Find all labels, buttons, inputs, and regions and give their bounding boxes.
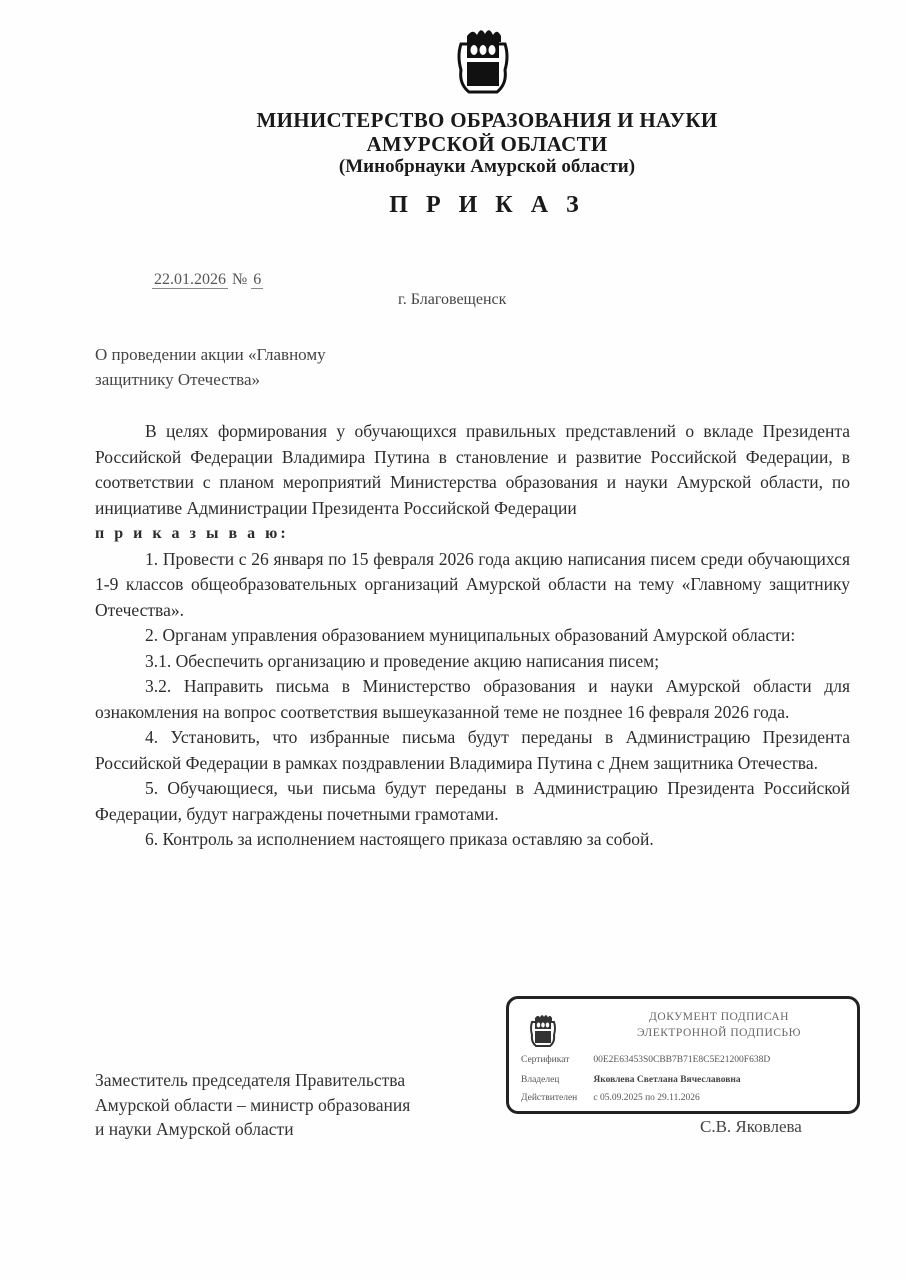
signatory-name: С.В. Яковлева (700, 1117, 802, 1137)
valid-label: Действителен (521, 1093, 591, 1103)
subject-line-2: защитнику Отечества» (95, 367, 326, 392)
number-label: № (232, 271, 247, 288)
order-body: В целях формирования у обучающихся прави… (95, 419, 850, 853)
certificate-value: 00E2E63453S0CBB7B71E8C5E21200F638D (593, 1055, 770, 1065)
stamp-title-line1: ДОКУМЕНТ ПОДПИСАН (579, 1011, 859, 1023)
order-date-number: 22.01.2026 № 6 (152, 271, 263, 289)
order-number: 6 (251, 271, 263, 289)
stamp-certificate-row: Сертификат 00E2E63453S0CBB7B71E8C5E21200… (521, 1055, 770, 1065)
city: г. Благовещенск (398, 291, 506, 309)
order-item-4: 4. Установить, что избранные письма буду… (95, 725, 850, 776)
signatory-position: Заместитель председателя Правительства А… (95, 1068, 410, 1142)
owner-value: Яковлева Светлана Вячеславовна (593, 1075, 740, 1085)
order-item-3-1: 3.1. Обеспечить организацию и проведение… (95, 649, 850, 675)
ministry-name-line1: МИНИСТЕРСТВО ОБРАЗОВАНИЯ И НАУКИ (0, 108, 906, 133)
stamp-coat-of-arms-icon (527, 1013, 559, 1049)
subject-line-1: О проведении акции «Главному (95, 342, 326, 367)
position-line-2: Амурской области – министр образования (95, 1093, 410, 1118)
order-item-3-2: 3.2. Направить письма в Министерство обр… (95, 674, 850, 725)
preamble: В целях формирования у обучающихся прави… (95, 419, 850, 521)
stamp-validity-row: Действителен с 05.09.2025 по 29.11.2026 (521, 1093, 700, 1103)
ministry-short-name: (Минобрнауки Амурской области) (0, 156, 906, 178)
order-item-1: 1. Провести с 26 января по 15 февраля 20… (95, 547, 850, 624)
coat-of-arms-icon (453, 26, 513, 98)
position-line-3: и науки Амурской области (95, 1117, 410, 1142)
certificate-label: Сертификат (521, 1055, 591, 1065)
order-item-5: 5. Обучающиеся, чьи письма будут передан… (95, 776, 850, 827)
stamp-owner-row: Владелец Яковлева Светлана Вячеславовна (521, 1075, 741, 1085)
order-subject: О проведении акции «Главному защитнику О… (95, 342, 326, 392)
order-item-6: 6. Контроль за исполнением настоящего пр… (95, 827, 850, 853)
order-item-2: 2. Органам управления образованием муниц… (95, 623, 850, 649)
owner-label: Владелец (521, 1075, 591, 1085)
stamp-title-line2: ЭЛЕКТРОННОЙ ПОДПИСЬЮ (579, 1027, 859, 1039)
document-type-title: П Р И К А З (0, 192, 906, 219)
ministry-name-line2: АМУРСКОЙ ОБЛАСТИ (0, 132, 906, 157)
valid-value: с 05.09.2025 по 29.11.2026 (593, 1093, 699, 1103)
position-line-1: Заместитель председателя Правительства (95, 1068, 410, 1093)
order-word: п р и к а з ы в а ю: (95, 521, 850, 547)
electronic-signature-stamp: ДОКУМЕНТ ПОДПИСАН ЭЛЕКТРОННОЙ ПОДПИСЬЮ С… (506, 996, 860, 1114)
order-date: 22.01.2026 (152, 271, 228, 289)
